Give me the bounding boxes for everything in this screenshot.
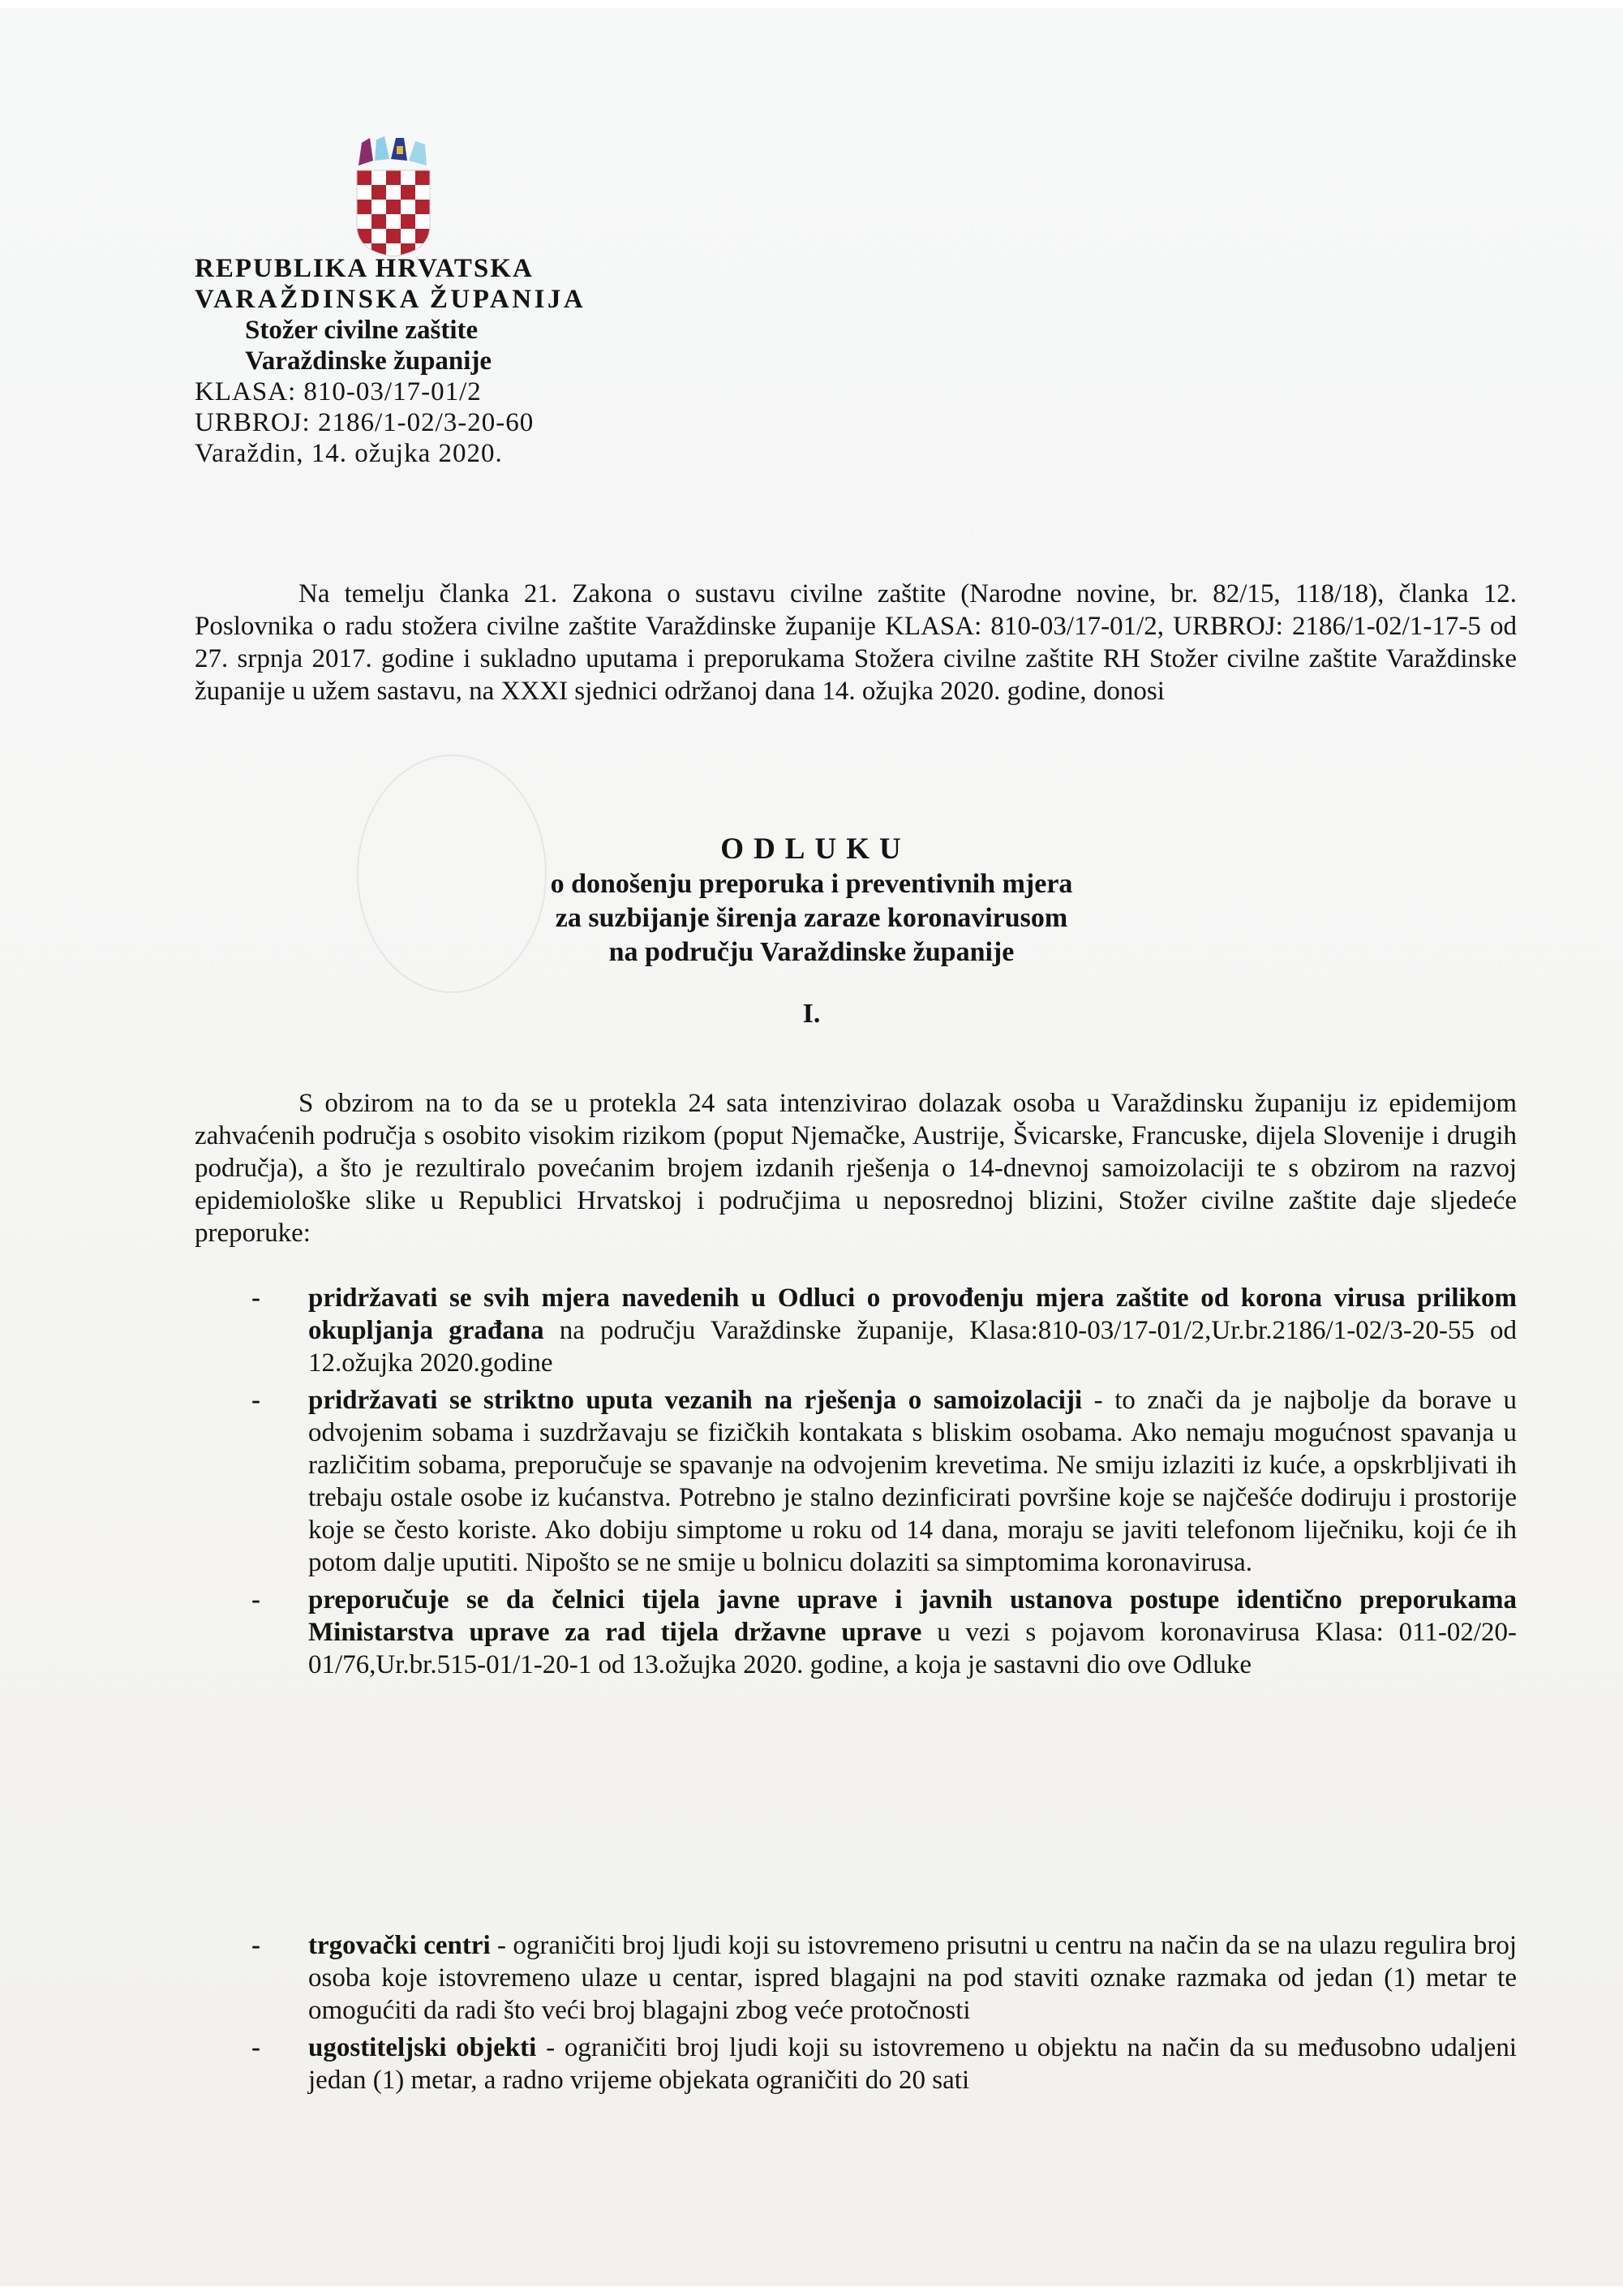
croatian-coat-of-arms-icon [349, 136, 438, 258]
decision-title-block: ODLUKU o donošenju preporuka i preventiv… [0, 832, 1623, 1030]
list-item: -pridržavati se svih mjera navedenih u O… [243, 1282, 1517, 1379]
urbroj-number: URBROJ: 2186/1-02/3-20-60 [195, 407, 586, 438]
intro-text: Na temelju članka 21. Zakona o sustavu c… [195, 578, 1517, 707]
place-and-date: Varaždin, 14. ožujka 2020. [195, 438, 586, 469]
bullet-dash: - [251, 1282, 260, 1314]
bullet-dash: - [251, 1384, 260, 1417]
country-name: REPUBLIKA HRVATSKA [195, 253, 586, 284]
section-number: I. [0, 999, 1623, 1030]
measures-list: -trgovački centri - ograničiti broj ljud… [243, 1929, 1517, 2101]
decision-subtitle-line: za suzbijanje širenja zaraze koronavirus… [0, 901, 1623, 935]
recommendations-list: -pridržavati se svih mjera navedenih u O… [243, 1282, 1517, 1686]
intro-paragraph: Na temelju članka 21. Zakona o sustavu c… [195, 578, 1517, 707]
section-one-text: S obzirom na to da se u protekla 24 sata… [195, 1087, 1517, 1249]
decision-title: ODLUKU [0, 832, 1623, 867]
document-header: REPUBLIKA HRVATSKA VARAŽDINSKA ŽUPANIJA … [195, 253, 586, 469]
item-heading: ugostiteljski objekti [308, 2033, 536, 2062]
list-item: -ugostiteljski objekti - ograničiti broj… [243, 2032, 1517, 2096]
list-item: -pridržavati se striktno uputa vezanih n… [243, 1384, 1517, 1579]
bullet-dash: - [251, 2032, 260, 2064]
item-heading: pridržavati se striktno uputa vezanih na… [308, 1386, 1082, 1415]
list-item: -preporučuje se da čelnici tijela javne … [243, 1584, 1517, 1681]
decision-subtitle-line: na području Varaždinske županije [0, 935, 1623, 970]
decision-subtitle-line: o donošenju preporuka i preventivnih mje… [0, 867, 1623, 901]
klasa-number: KLASA: 810-03/17-01/2 [195, 376, 586, 407]
office-name-line1: Stožer civilne zaštite [195, 315, 586, 346]
list-item: -trgovački centri - ograničiti broj ljud… [243, 1929, 1517, 2027]
county-name: VARAŽDINSKA ŽUPANIJA [195, 284, 586, 315]
bullet-dash: - [251, 1584, 260, 1616]
bullet-dash: - [251, 1929, 260, 1962]
section-one-paragraph: S obzirom na to da se u protekla 24 sata… [195, 1087, 1517, 1249]
office-name-line2: Varaždinske županije [195, 346, 586, 376]
item-heading: trgovački centri [308, 1931, 491, 1960]
